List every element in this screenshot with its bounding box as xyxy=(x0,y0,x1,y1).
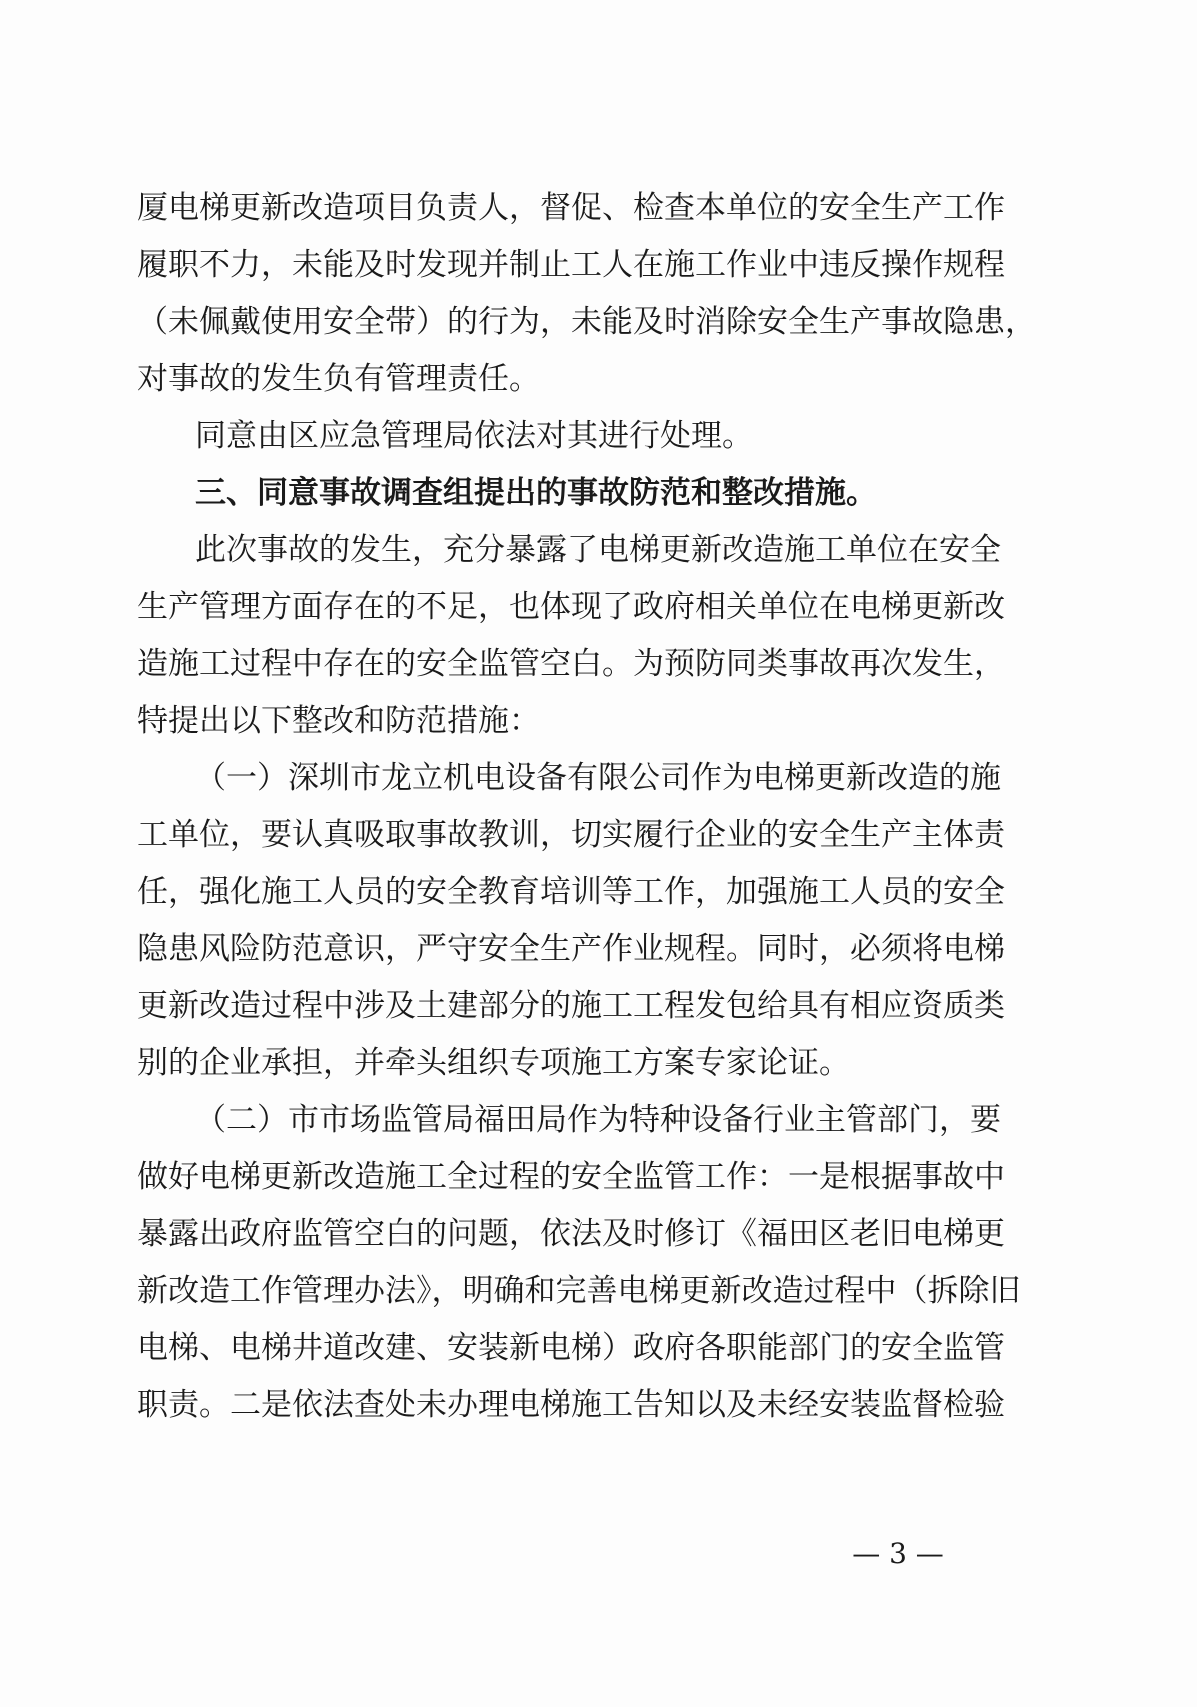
section-heading: 三、同意事故调查组提出的事故防范和整改措施。 xyxy=(195,471,979,515)
body-text-line: 厦电梯更新改造项目负责人，督促、检查本单位的安全生产工作 xyxy=(137,186,979,230)
body-text-line: 职责。二是依法查处未办理电梯施工告知以及未经安装监督检验 xyxy=(137,1383,979,1427)
list-item-text-line: （一）深圳市龙立机电设备有限公司作为电梯更新改造的施 xyxy=(195,756,979,800)
body-text-line: 更新改造过程中涉及土建部分的施工工程发包给具有相应资质类 xyxy=(137,984,979,1028)
page-number: — 3 — xyxy=(838,1536,958,1572)
body-text-line: 任，强化施工人员的安全教育培训等工作，加强施工人员的安全 xyxy=(137,870,979,914)
list-item-text-line: （二）市市场监管局福田局作为特种设备行业主管部门，要 xyxy=(195,1098,979,1142)
body-text-line: 做好电梯更新改造施工全过程的安全监管工作：一是根据事故中 xyxy=(137,1155,979,1199)
body-text-line: 特提出以下整改和防范措施： xyxy=(137,699,979,743)
body-text-line: 对事故的发生负有管理责任。 xyxy=(137,357,979,401)
body-text-line: 工单位，要认真吸取事故教训，切实履行企业的安全生产主体责 xyxy=(137,813,979,857)
body-text-line: 暴露出政府监管空白的问题，依法及时修订《福田区老旧电梯更 xyxy=(137,1212,979,1256)
body-text-line: 履职不力，未能及时发现并制止工人在施工作业中违反操作规程 xyxy=(137,243,979,287)
paragraph-text-line: 同意由区应急管理局依法对其进行处理。 xyxy=(195,414,979,458)
body-text-line: 生产管理方面存在的不足，也体现了政府相关单位在电梯更新改 xyxy=(137,585,979,629)
body-text-line: 新改造工作管理办法》，明确和完善电梯更新改造过程中（拆除旧 xyxy=(137,1269,979,1313)
document-page: 厦电梯更新改造项目负责人，督促、检查本单位的安全生产工作 履职不力，未能及时发现… xyxy=(0,0,1197,1707)
body-text-line: 别的企业承担，并牵头组织专项施工方案专家论证。 xyxy=(137,1041,979,1085)
body-text-line: 隐患风险防范意识，严守安全生产作业规程。同时，必须将电梯 xyxy=(137,927,979,971)
body-text-line: 电梯、电梯井道改建、安装新电梯）政府各职能部门的安全监管 xyxy=(137,1326,979,1370)
body-text-line: （未佩戴使用安全带）的行为，未能及时消除安全生产事故隐患， xyxy=(137,300,979,344)
body-text-line: 造施工过程中存在的安全监管空白。为预防同类事故再次发生， xyxy=(137,642,979,686)
paragraph-text-line: 此次事故的发生，充分暴露了电梯更新改造施工单位在安全 xyxy=(195,528,979,572)
